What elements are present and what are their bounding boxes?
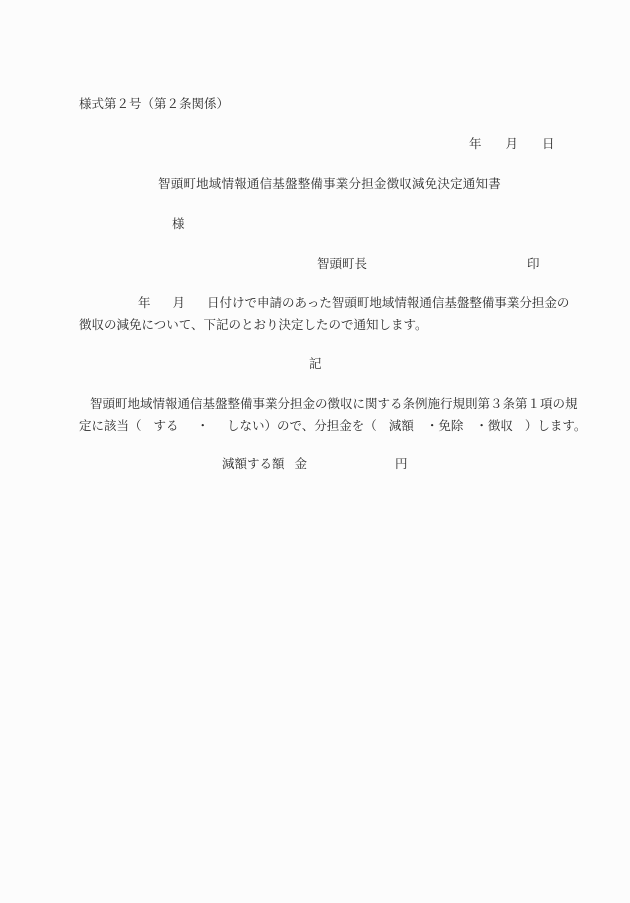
- date-year-label: 年: [469, 138, 482, 151]
- body-month-label: 月: [173, 295, 186, 310]
- option-menjo: ・免除: [426, 418, 464, 433]
- paragraph-suffix: ）します。: [525, 418, 587, 433]
- addressee-suffix: 様: [172, 218, 185, 231]
- date-day-label: 日: [542, 138, 555, 151]
- body-line-2: 徴収の減免について、下記のとおり決定したので通知します。: [79, 319, 428, 332]
- amount-currency-unit: 円: [395, 456, 408, 471]
- amount-currency-prefix: 金: [295, 456, 308, 471]
- option-shinai: しない）ので、分担金を（: [227, 418, 377, 433]
- form-number: 様式第２号（第２条関係）: [79, 98, 229, 111]
- option-separator: ・: [197, 418, 210, 433]
- seal-mark: 印: [527, 258, 540, 271]
- option-gengaku: 減額: [389, 418, 414, 433]
- body-line-1: 年月日付けで申請のあった智頭町地域情報通信基盤整備事業分担金の: [138, 297, 569, 310]
- body-year-label: 年: [138, 295, 151, 310]
- ki-heading: 記: [309, 358, 322, 371]
- paragraph-prefix: 定に該当（: [79, 418, 142, 433]
- amount-label: 減額する額: [222, 456, 285, 471]
- amount-line: 減額する額金円: [222, 458, 408, 471]
- date-month-label: 月: [506, 138, 519, 151]
- paragraph-line-2: 定に該当（する・しない）ので、分担金を（減額・免除・徴収）します。: [79, 420, 586, 433]
- issuer-name: 智頭町長: [317, 258, 367, 271]
- option-choshu: ・徴収: [475, 418, 513, 433]
- date-line: 年月日: [469, 138, 555, 151]
- body-line-1-text: 日付けで申請のあった智頭町地域情報通信基盤整備事業分担金の: [207, 295, 569, 310]
- paragraph-line-1: 智頭町地域情報通信基盤整備事業分担金の徴収に関する条例施行規則第３条第１項の規: [90, 398, 578, 411]
- document-title: 智頭町地域情報通信基盤整備事業分担金徴収減免決定通知書: [158, 178, 501, 191]
- option-suru: する: [154, 418, 179, 433]
